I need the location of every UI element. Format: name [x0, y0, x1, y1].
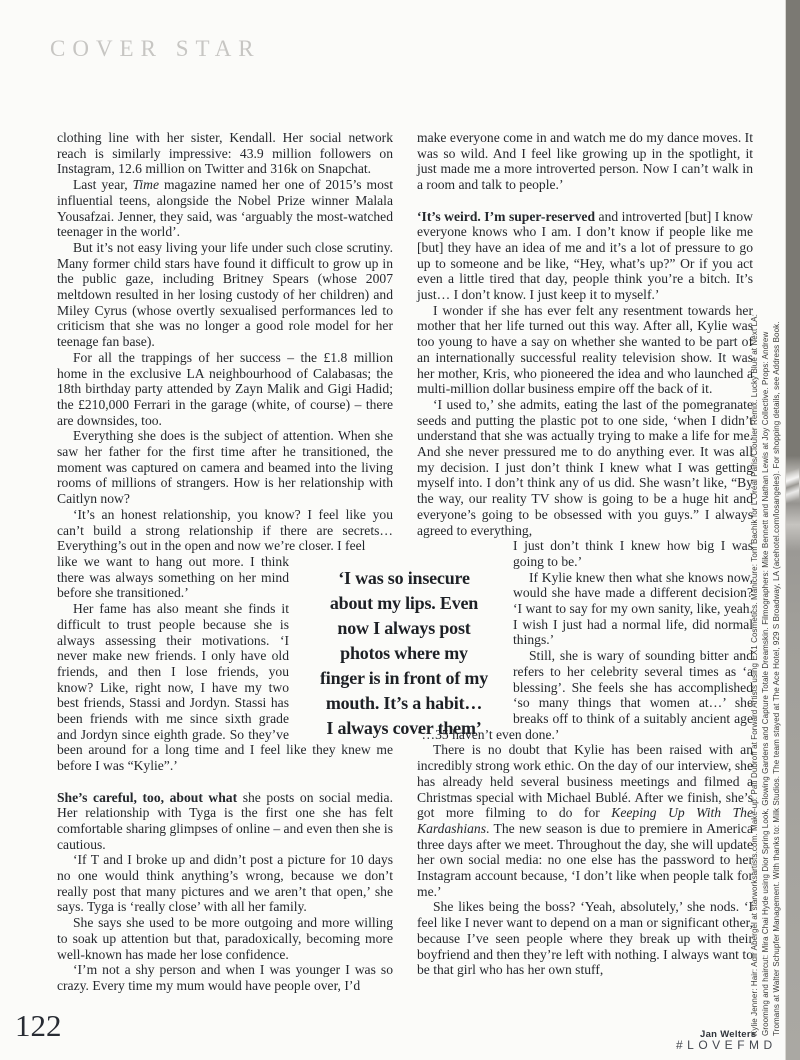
magazine-page: COVER STAR clothing line with her sister… [0, 0, 800, 1060]
article-paragraph: She’s careful, too, about what she posts… [57, 790, 393, 853]
article-paragraph: ‘I used to,’ she admits, eating the last… [417, 397, 753, 538]
pull-quote: ‘I was so insecureabout my lips. Evennow… [293, 566, 515, 741]
article-column-left: clothing line with her sister, Kendall. … [57, 130, 393, 994]
article-paragraph: ‘If T and I broke up and didn’t post a p… [57, 852, 393, 915]
article-paragraph: Everything she does is the subject of at… [57, 428, 393, 507]
article-paragraph: ‘It’s weird. I’m super-reserved and intr… [417, 209, 753, 303]
article-paragraph: make everyone come in and watch me do my… [417, 130, 753, 193]
section-kicker: COVER STAR [50, 36, 261, 62]
article-paragraph: I wonder if she has ever felt any resent… [417, 303, 753, 397]
watermark-lovefmd: #LOVEFMD [676, 1038, 777, 1052]
article-paragraph: clothing line with her sister, Kendall. … [57, 130, 393, 177]
article-paragraph: For all the trappings of her success – t… [57, 350, 393, 429]
photo-credits-vertical: Kylie Jenner: Hair: Adir Abergel at star… [749, 224, 782, 1036]
article-paragraph: Last year, Time magazine named her one o… [57, 177, 393, 240]
scan-page-edge [785, 0, 800, 1060]
article-paragraph: She says she used to be more outgoing an… [57, 915, 393, 962]
article-paragraph: There is no doubt that Kylie has been ra… [417, 742, 753, 899]
article-paragraph: She likes being the boss? ‘Yeah, absolut… [417, 899, 753, 978]
article-paragraph: But it’s not easy living your life under… [57, 240, 393, 350]
page-number: 122 [15, 1008, 62, 1044]
article-paragraph: ‘I’m not a shy person and when I was you… [57, 962, 393, 993]
article-paragraph: ‘It’s an honest relationship, you know? … [57, 507, 393, 554]
article-column-right: make everyone come in and watch me do my… [417, 130, 753, 978]
scan-page-curl-highlight [786, 468, 799, 508]
